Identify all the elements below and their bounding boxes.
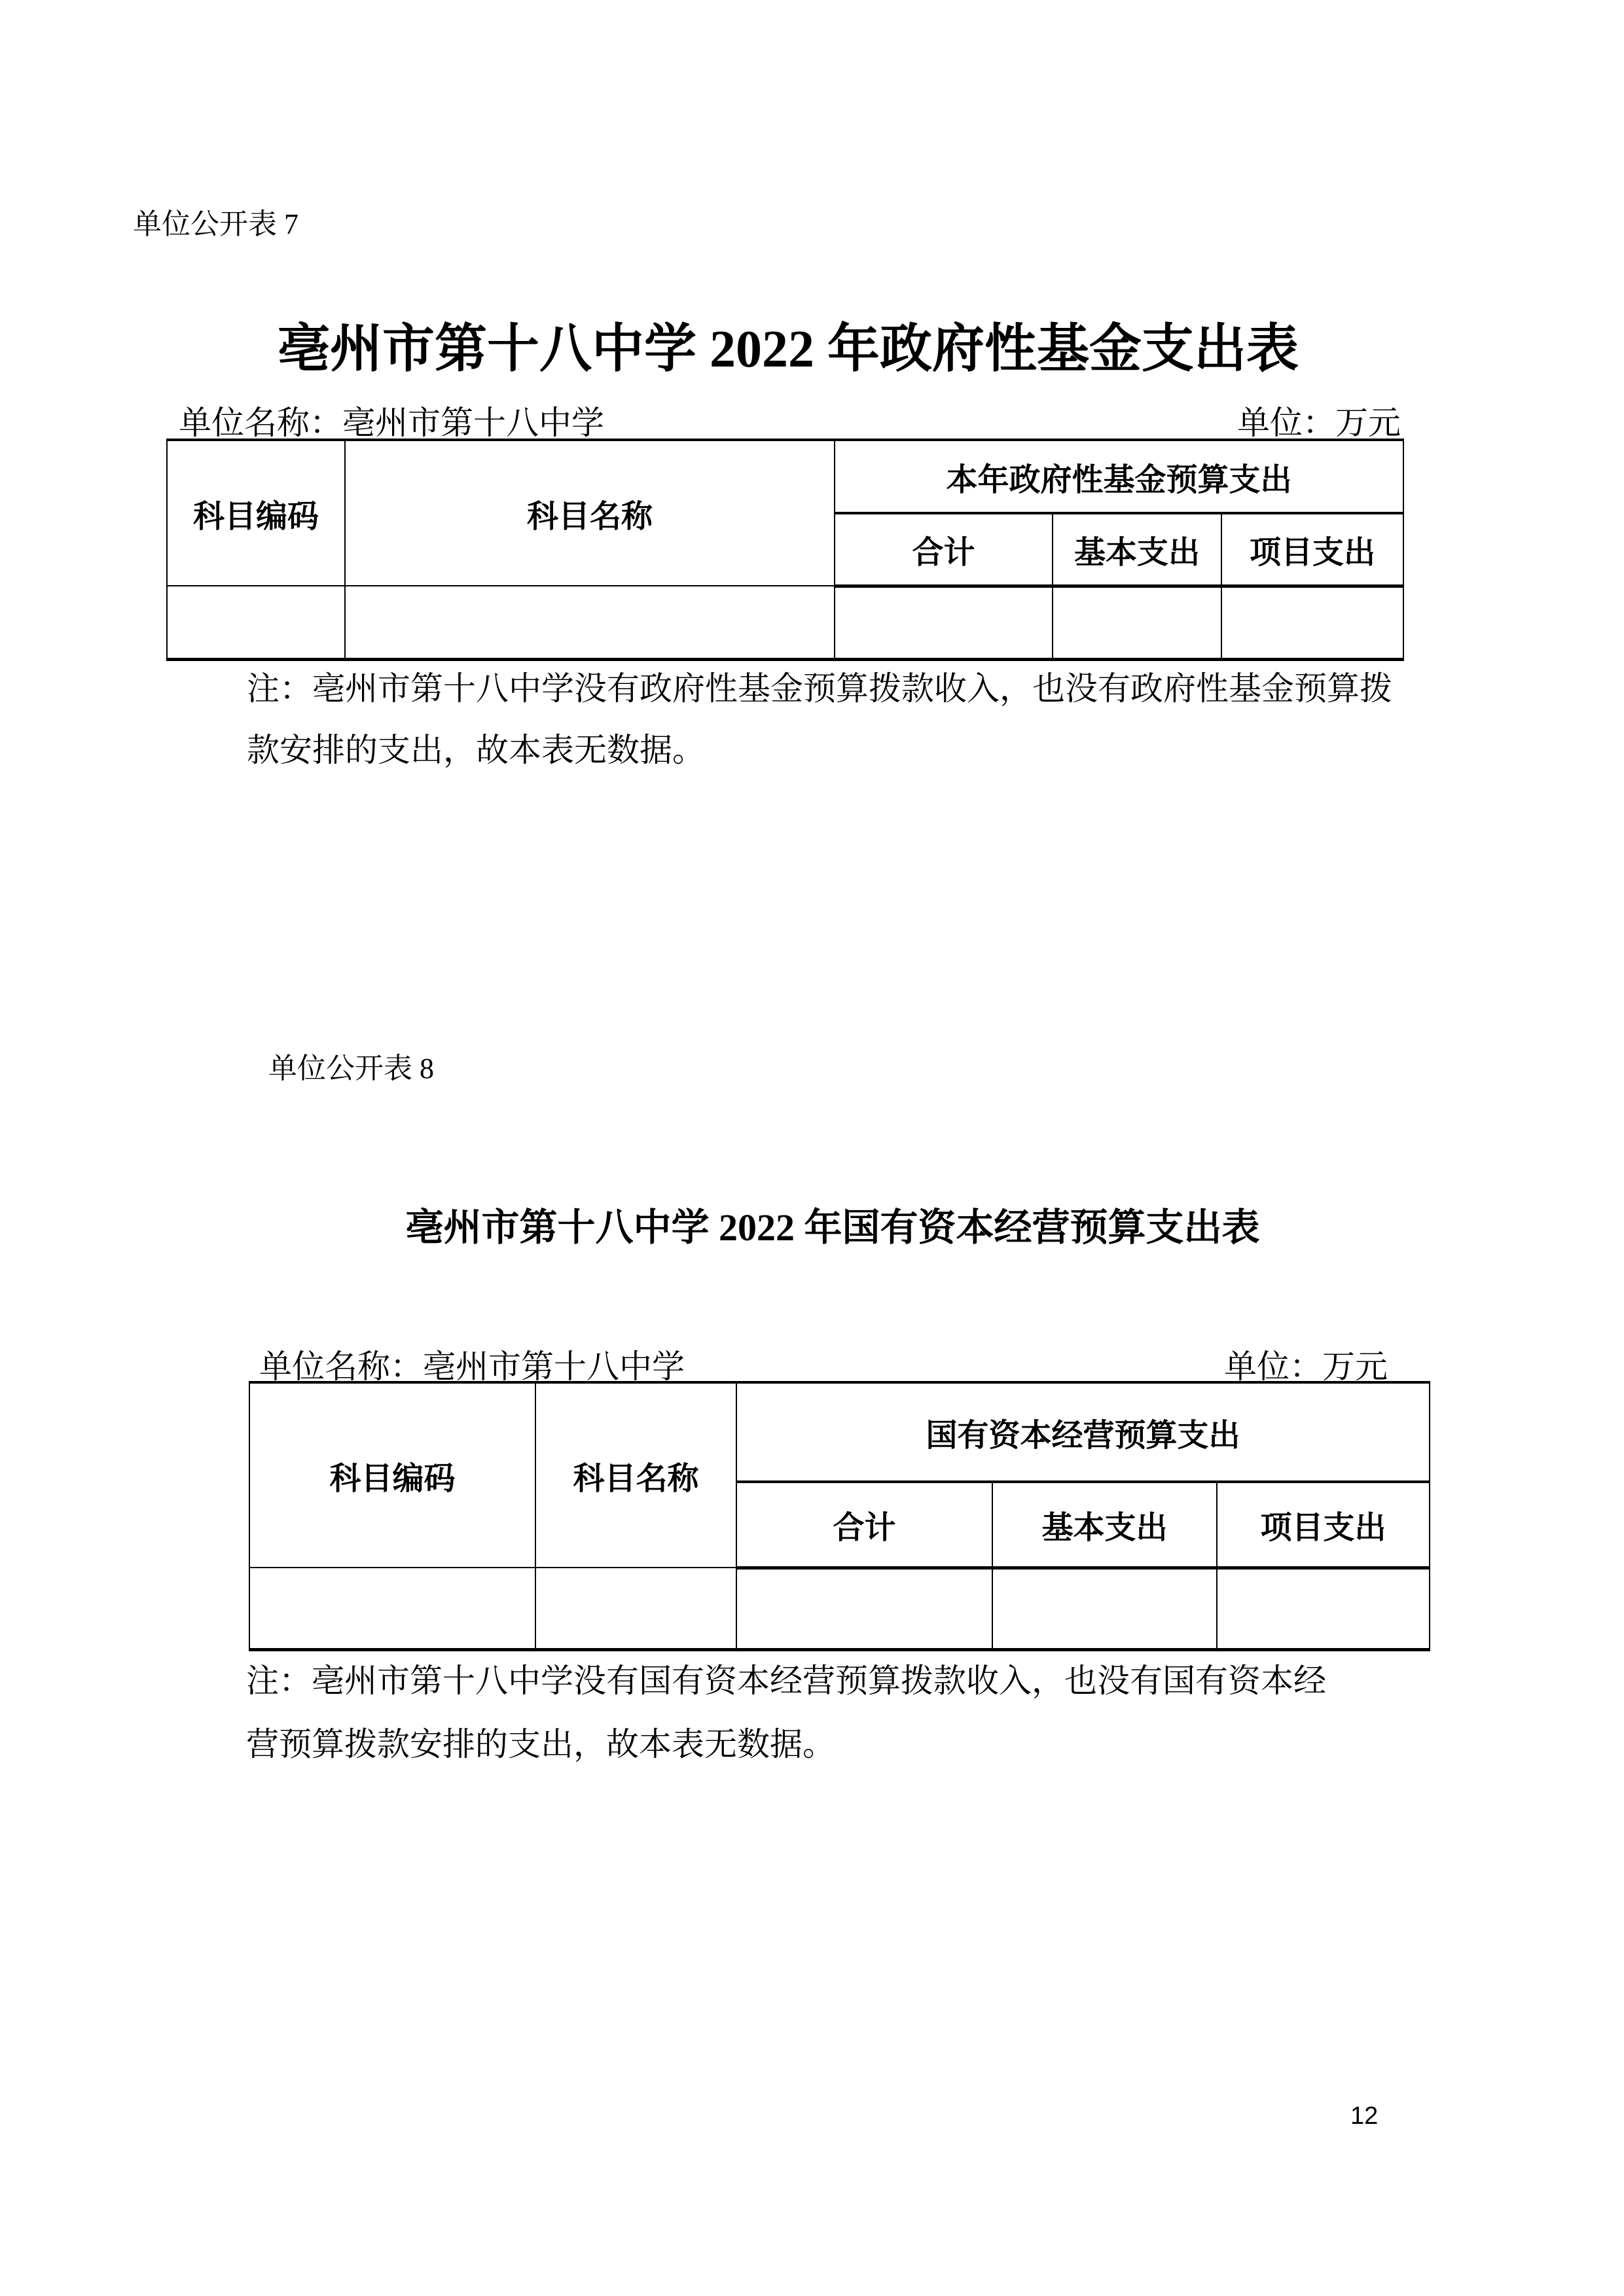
document-page: { "colors": { "ink": "#000000", "paper":… bbox=[0, 0, 1624, 2296]
t1-cell-project bbox=[1221, 586, 1403, 659]
t1-cell-basic bbox=[1053, 586, 1221, 659]
t2-col-header-total: 合计 bbox=[736, 1482, 992, 1568]
t1-cell-name bbox=[345, 586, 835, 659]
section1-note-line2: 款安排的支出，故本表无数据。 bbox=[247, 724, 705, 771]
t1-cell-code bbox=[167, 586, 345, 659]
state-capital-expenditure-table: 科目编码 科目名称 国有资本经营预算支出 合计 基本支出 项目支出 bbox=[249, 1381, 1430, 1651]
t2-col-header-project: 项目支出 bbox=[1217, 1482, 1430, 1568]
t1-col-header-subject-name: 科目名称 bbox=[345, 440, 835, 586]
t2-cell-name bbox=[535, 1568, 736, 1649]
t2-cell-total bbox=[736, 1568, 992, 1649]
section1-unit-of-measure: 单位：万元 bbox=[1237, 397, 1401, 444]
section2-note-line2: 营预算拨款安排的支出，故本表无数据。 bbox=[246, 1718, 835, 1765]
t1-col-header-group: 本年政府性基金预算支出 bbox=[835, 440, 1403, 513]
t2-col-header-subject-code: 科目编码 bbox=[249, 1382, 535, 1568]
t2-cell-project bbox=[1217, 1568, 1430, 1649]
t2-col-header-subject-name: 科目名称 bbox=[535, 1382, 736, 1568]
t2-col-header-group: 国有资本经营预算支出 bbox=[736, 1382, 1430, 1482]
t1-cell-total bbox=[835, 586, 1053, 659]
t2-col-header-basic: 基本支出 bbox=[992, 1482, 1217, 1568]
section1-note-line1: 注：亳州市第十八中学没有政府性基金预算拨款收入，也没有政府性基金预算拨 bbox=[247, 662, 1392, 709]
t1-col-header-basic: 基本支出 bbox=[1053, 513, 1221, 586]
t1-col-header-total: 合计 bbox=[835, 513, 1053, 586]
t1-empty-data-row bbox=[167, 586, 1403, 659]
section1-form-label: 单位公开表 7 bbox=[133, 200, 298, 242]
section2-note-line1: 注：亳州市第十八中学没有国有资本经营预算拨款收入，也没有国有资本经 bbox=[246, 1655, 1326, 1702]
t1-col-header-subject-code: 科目编码 bbox=[167, 440, 345, 586]
t2-cell-basic bbox=[992, 1568, 1217, 1649]
section2-title: 亳州市第十八中学 2022 年国有资本经营预算支出表 bbox=[405, 1196, 1259, 1251]
t1-col-header-project: 项目支出 bbox=[1221, 513, 1403, 586]
section1-title: 亳州市第十八中学 2022 年政府性基金支出表 bbox=[278, 306, 1299, 382]
t2-empty-data-row bbox=[249, 1568, 1430, 1649]
gov-fund-expenditure-table: 科目编码 科目名称 本年政府性基金预算支出 合计 基本支出 项目支出 bbox=[166, 439, 1404, 661]
page-number: 12 bbox=[1350, 2102, 1378, 2130]
section1-unit-name: 单位名称：亳州市第十八中学 bbox=[179, 397, 604, 444]
section2-form-label: 单位公开表 8 bbox=[268, 1045, 434, 1086]
t2-cell-code bbox=[249, 1568, 535, 1649]
